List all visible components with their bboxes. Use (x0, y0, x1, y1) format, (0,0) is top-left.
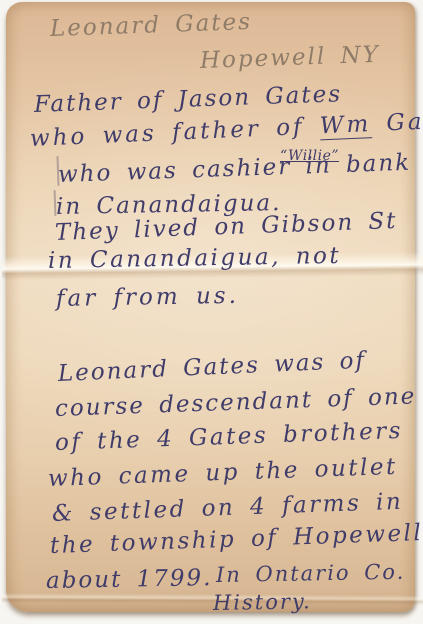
line-father-of-jason: Father of Jason Gates (34, 81, 343, 118)
wm-abbreviation: Wm (319, 111, 372, 140)
line-cashier-in-bank: who was cashier in bank (58, 150, 412, 188)
line-about-1799: about 1799. (46, 565, 213, 594)
line-4-gates-brothers: of the 4 Gates brothers (55, 418, 404, 456)
paper-card: Leonard Gates Hopewell NY Father of Jaso… (6, 2, 415, 612)
line-came-up-outlet: who came up the outlet (48, 454, 399, 492)
header-place: Hopewell NY (200, 42, 381, 74)
line-far-from-us: far from us. (56, 283, 239, 312)
scan-background: Leonard Gates Hopewell NY Father of Jaso… (0, 0, 423, 624)
line-history: History. (213, 589, 312, 615)
line-township-hopewell: the township of Hopewell (50, 520, 423, 559)
line-wm-prefix: who was father of (29, 113, 320, 152)
line-in-canandaigua-2: in Canandaigua, not (48, 243, 342, 274)
line-course-descendant: course descendant of one (55, 383, 417, 422)
line-settled-4-farms: & settled on 4 farms in (52, 489, 404, 527)
line-leonard-was-of: Leonard Gates was of (57, 348, 366, 387)
header-name: Leonard Gates (50, 9, 253, 42)
line-wm-suffix: Gates. (371, 106, 423, 137)
line-in-ontario-co: In Ontario Co. (216, 560, 406, 587)
